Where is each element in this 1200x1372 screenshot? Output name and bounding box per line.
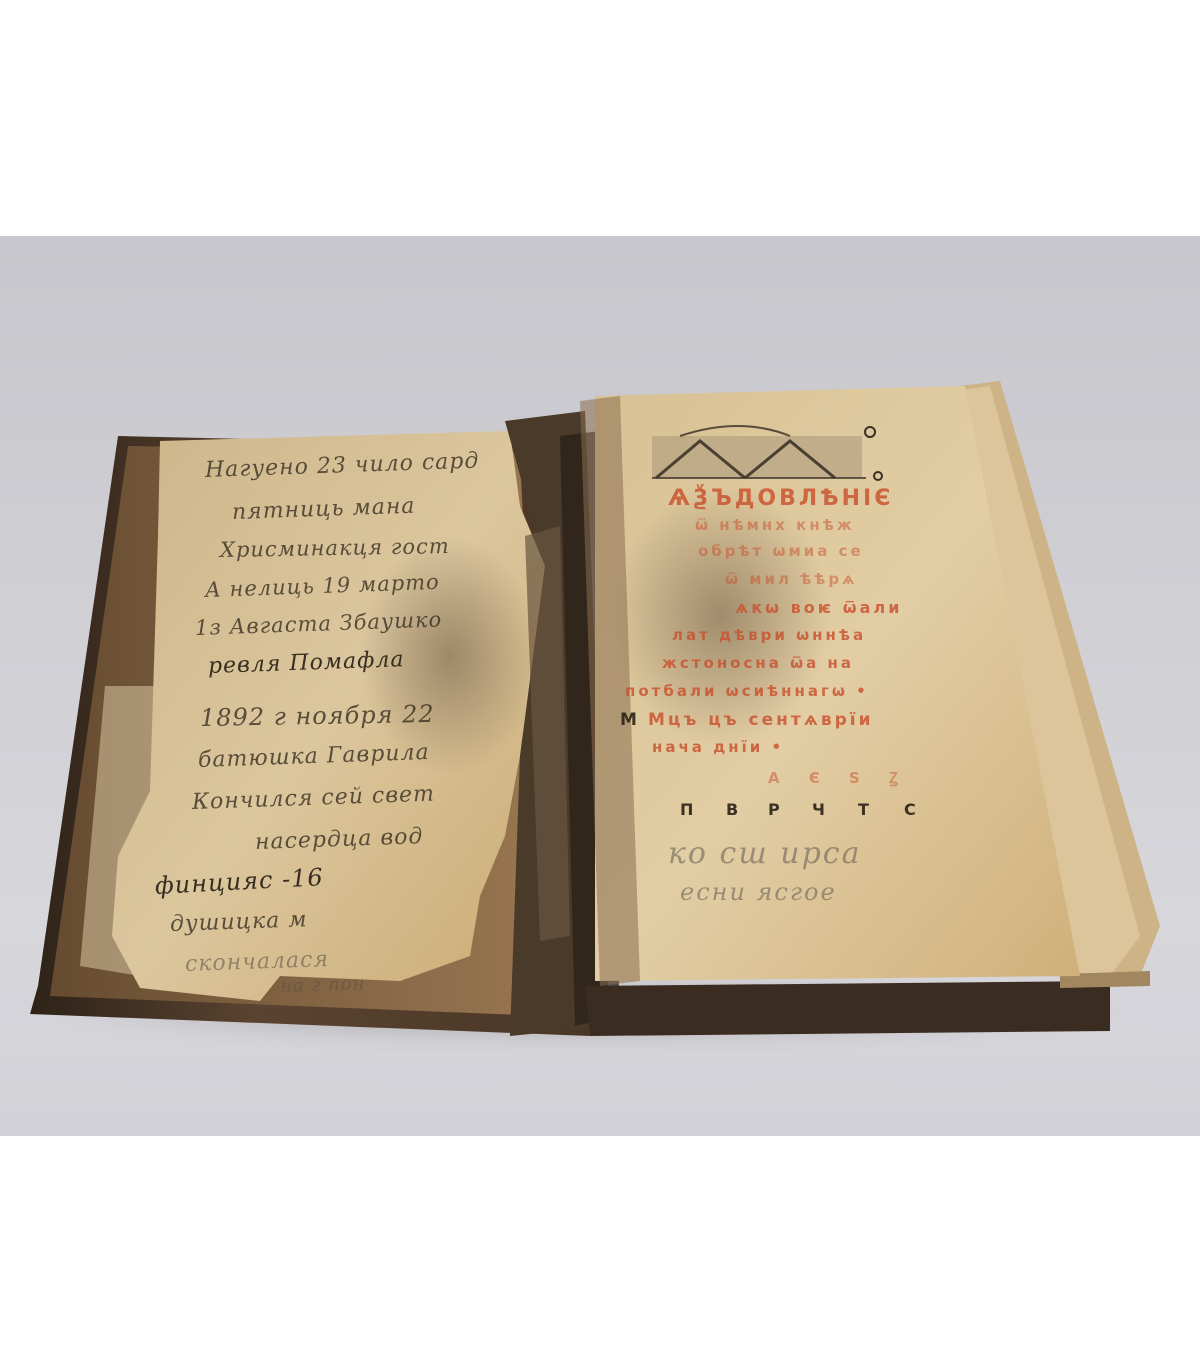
- title-line: жстоносна ѿа на: [662, 654, 854, 672]
- pencil-inscription: ко сш ирса: [668, 836, 861, 871]
- margin-letter: М: [620, 710, 640, 730]
- weekday-letter: П: [680, 800, 696, 819]
- weekday-letter: С: [904, 800, 919, 819]
- title-line: лат дѣври ѡннѣа: [672, 626, 866, 644]
- weekday-letter: Ч: [812, 800, 828, 819]
- handwritten-line: Хрисминакця гост: [220, 534, 450, 562]
- book-illustration: [0, 236, 1200, 1136]
- title-line: обрѣт ѡмиа се: [698, 542, 864, 560]
- weekday-letter: В: [726, 800, 741, 819]
- right-cover-edge: [585, 981, 1110, 1036]
- weekday-letter: Р: [768, 800, 783, 819]
- title-line: ѦѮЪДОВЛѢНІЄ: [668, 486, 893, 511]
- handwritten-line: скончалася: [185, 947, 330, 977]
- title-line: нача днїи •: [652, 738, 784, 756]
- numeral-row: А Є Ѕ Ꙁ: [768, 768, 910, 788]
- title-line: потбали ѡсиѣннагѡ •: [625, 682, 869, 700]
- weekday-letter: Т: [858, 800, 872, 819]
- title-line: ѧкѡ воѥ ѿали: [735, 598, 902, 617]
- title-line: ѿ нѣмнх кнѣж: [695, 516, 855, 534]
- title-line: Мцъ цъ сентѧврїи: [648, 710, 874, 730]
- book-photograph: Нагуено 23 чило сард пятниць мана Хрисми…: [0, 236, 1200, 1136]
- handwritten-line: душицка м: [170, 907, 308, 937]
- title-line: ѿ мил ѣѣрѧ: [725, 570, 858, 588]
- handwritten-line: 1892 г ноября 22: [200, 700, 435, 732]
- handwritten-line: на г пон: [280, 973, 366, 997]
- pencil-inscription: есни ясгое: [680, 878, 837, 906]
